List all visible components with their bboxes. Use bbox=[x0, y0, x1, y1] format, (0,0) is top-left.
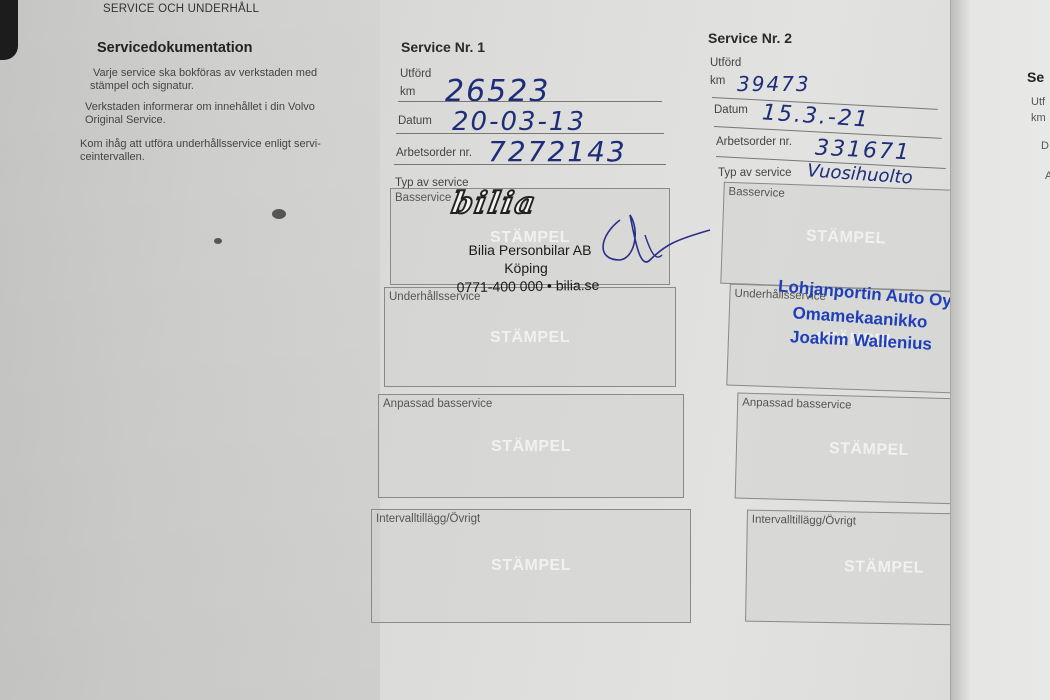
service-3-utford-label: Utf bbox=[1031, 96, 1045, 108]
service-1-arbetsorder-label: Arbetsorder nr. bbox=[396, 147, 472, 159]
service-2-datum-label: Datum bbox=[714, 104, 748, 116]
service-2-title: Service Nr. 2 bbox=[708, 30, 792, 46]
service-1-intervall-box[interactable]: Intervalltillägg/Övrigt STÄMPEL bbox=[371, 509, 691, 623]
service-1-km-line bbox=[398, 101, 662, 102]
booklet-page: SERVICE OCH UNDERHÅLL Servicedokumentati… bbox=[0, 0, 1050, 700]
service-3-datum-label: D bbox=[1041, 140, 1049, 152]
service-1-arbetsorder-line bbox=[394, 164, 666, 165]
service-2-utford-label: Utförd bbox=[710, 57, 741, 69]
service-3-arbetsorder-label: A bbox=[1045, 170, 1050, 182]
box-label: Anpassad basservice bbox=[383, 398, 492, 410]
next-page-edge: Se Utf km D A bbox=[950, 0, 1050, 700]
service-2-km-label: km bbox=[710, 75, 725, 87]
service-1-utford-label: Utförd bbox=[400, 68, 431, 80]
box-label: Basservice bbox=[395, 192, 451, 204]
dealer-city: Köping bbox=[440, 260, 612, 276]
service-3-km-label: km bbox=[1031, 112, 1046, 124]
service-2-km-value: 39473 bbox=[737, 72, 811, 96]
ink-smudge-small bbox=[214, 238, 222, 244]
paragraph-3: Kom ihåg att utföra underhållsservice en… bbox=[80, 138, 365, 164]
service-1-title: Service Nr. 1 bbox=[401, 39, 485, 55]
service-1-km-value: 26523 bbox=[445, 74, 550, 109]
service-1-anpassad-box[interactable]: Anpassad basservice STÄMPEL bbox=[378, 394, 684, 498]
background-corner bbox=[0, 0, 18, 60]
box-label: Intervalltillägg/Övrigt bbox=[752, 514, 856, 528]
service-2-basservice-box[interactable]: Basservice STÄMPEL bbox=[720, 182, 971, 293]
bilia-logo: bilia bbox=[449, 186, 540, 221]
service-1-underhall-box[interactable]: Underhållsservice STÄMPEL bbox=[384, 287, 676, 387]
box-label: Basservice bbox=[728, 186, 785, 200]
service-2-arbetsorder-label: Arbetsorder nr. bbox=[716, 136, 792, 148]
signature-scribble bbox=[590, 200, 720, 280]
box-label: Anpassad basservice bbox=[742, 397, 852, 412]
section-header: SERVICE OCH UNDERHÅLL bbox=[103, 3, 259, 15]
stamp-placeholder: STÄMPEL bbox=[379, 438, 683, 456]
stamp-placeholder: STÄMPEL bbox=[723, 225, 969, 252]
service-3-title: Se bbox=[1027, 69, 1044, 85]
service-1-datum-line bbox=[396, 133, 664, 134]
paragraph-1: Varje service ska bokföras av verkstaden… bbox=[90, 67, 355, 93]
left-title: Servicedokumentation bbox=[97, 40, 253, 56]
service-1-km-label: km bbox=[400, 86, 415, 98]
paragraph-2: Verkstaden informerar om innehållet i di… bbox=[85, 101, 355, 127]
box-label: Intervalltillägg/Övrigt bbox=[376, 513, 480, 525]
stamp-placeholder: STÄMPEL bbox=[385, 329, 675, 347]
stamp-placeholder: STÄMPEL bbox=[372, 557, 690, 575]
service-1-datum-label: Datum bbox=[398, 115, 432, 127]
service-2-typ-label: Typ av service bbox=[718, 167, 792, 179]
ink-smudge bbox=[272, 209, 286, 219]
